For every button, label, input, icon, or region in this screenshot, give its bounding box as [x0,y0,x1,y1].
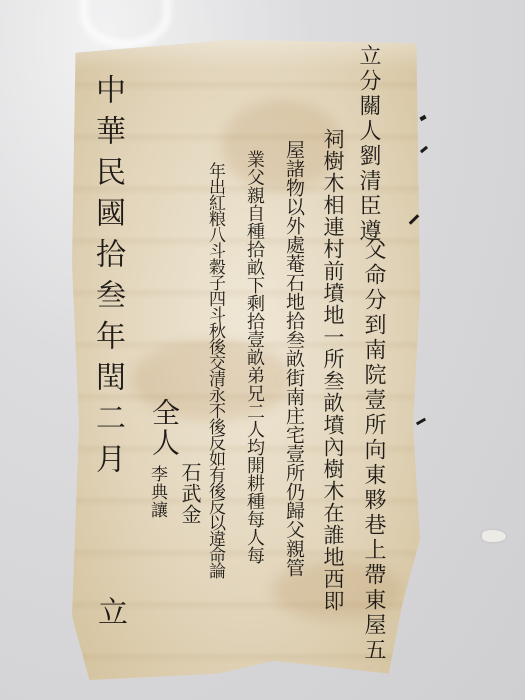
witness-name-2: 李典讓 [148,465,165,519]
closing-character: 立 [94,596,124,627]
opening-column-continued: 父命分到南院壹所向東夥巷上帶東屋五 [362,238,384,663]
text-column-4: 業父親自種拾畝下剩拾壹畝弟兄二人均開耕種每人每 [245,150,263,564]
date-column: 中華民國拾叁年閏二月 [92,74,122,484]
text-column-3: 屋諸物以外處菴石地拾叁畝街南庄宅壹所仍歸父親管 [284,140,303,577]
witness-name-1: 石武金 [180,462,200,525]
light-glare [80,0,171,48]
ink-mark [419,115,426,121]
witness-label: 全人 [150,398,178,458]
opening-column: 立分關人劉清臣遵 [357,44,379,244]
paper-flake [482,530,506,542]
ink-mark [420,146,428,153]
text-column-2: 祠樹木相連村前墳地一所叁畝墳內樹木在誰地西即 [322,128,343,612]
ink-mark [416,418,426,426]
text-column-5: 年出紅粮八斗穀子四斗秋後交清永不後反如有後反以違命論 [206,162,223,578]
